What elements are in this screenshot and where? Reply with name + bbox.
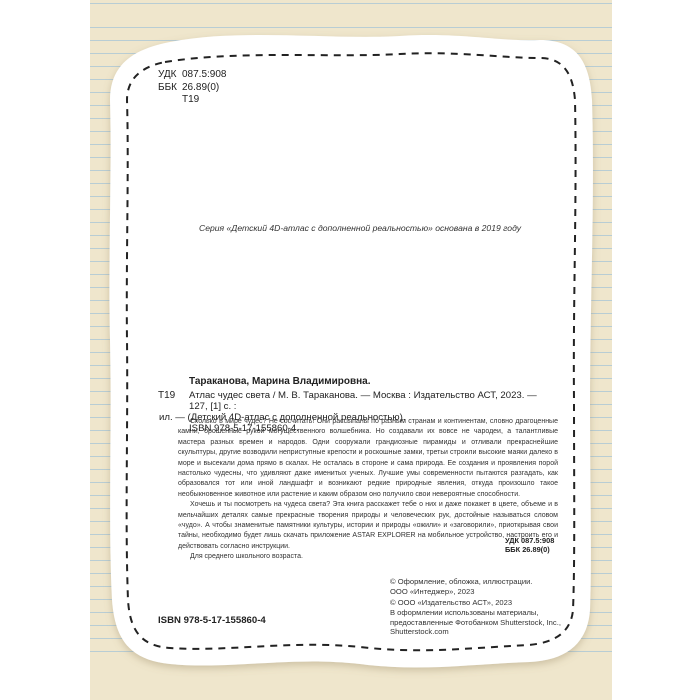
copyright-block: © Оформление, обложка, иллюстрации. ООО … <box>390 577 580 637</box>
copyright-line-4: В оформлении использованы материалы, пре… <box>390 608 580 636</box>
wavy-white-card <box>0 0 700 700</box>
bbk-value: 26.89(0) <box>182 82 219 95</box>
annotation: Сколько в мире чудес? Не сосчитать! Они … <box>178 417 558 563</box>
copyright-line-2: ООО «Интеджер», 2023 <box>390 587 580 596</box>
udk-value: 087.5:908 <box>182 69 227 82</box>
isbn-footer: ISBN 978-5-17-155860-4 <box>158 615 266 626</box>
series-note: Серия «Детский 4D-атлас с дополненной ре… <box>190 223 530 233</box>
bbk-label: ББК <box>158 82 182 95</box>
age-note: Для среднего школьного возраста. <box>178 552 558 562</box>
classification-block: УДК 087.5:908 ББК 26.89(0) Т19 <box>158 69 227 107</box>
annotation-paragraph-2: Хочешь и ты посмотреть на чудеса света? … <box>178 500 558 552</box>
udk-footer: УДК 087.5:908 <box>505 536 554 545</box>
bbk-footer: ББК 26.89(0) <box>505 545 554 554</box>
author-mark: Т19 <box>182 94 199 107</box>
copyright-line-3: © ООО «Издательство АСТ», 2023 <box>390 598 580 607</box>
udk-label: УДК <box>158 69 182 82</box>
bibliographic-line-1: Атлас чудес света / М. В. Тараканова. — … <box>189 390 539 412</box>
annotation-paragraph-1: Сколько в мире чудес? Не сосчитать! Они … <box>178 417 558 500</box>
bibliographic-author-mark: Т19 <box>158 390 175 401</box>
copyright-line-1: © Оформление, обложка, иллюстрации. <box>390 577 580 586</box>
author-name: Тараканова, Марина Владимировна. <box>189 376 371 387</box>
classification-footer: УДК 087.5:908 ББК 26.89(0) <box>505 536 554 554</box>
